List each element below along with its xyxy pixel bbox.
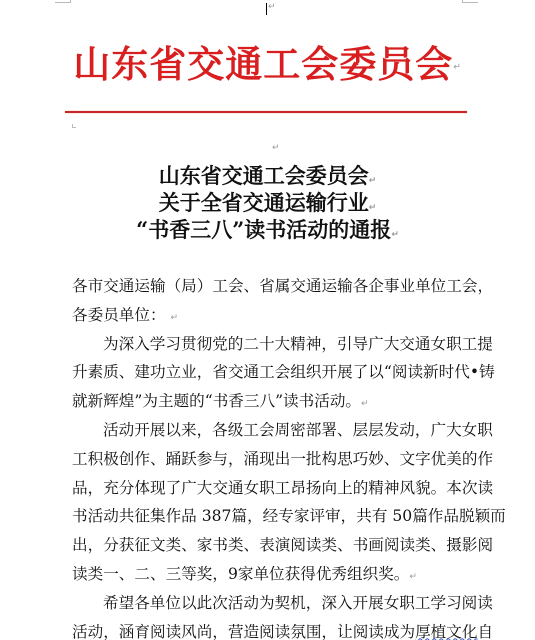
margin-mark — [72, 124, 76, 128]
document-title[interactable]: 山东省交通工会委员会↵ 关于全省交通运输行业↵ “书香三八”读书活动的通报↵ — [0, 162, 535, 243]
masthead-text: 山东省交通工会委员会 — [73, 42, 453, 86]
title-line: 关于全省交通运输行业↵ — [0, 189, 535, 216]
document-body[interactable]: 各市交通运输（局）工会、省属交通运输各企事业单位工会， 各委员单位： ↵ 为深入… — [72, 272, 467, 640]
document-page: ↵ 山东省交通工会委员会↵ ↵ 山东省交通工会委员会↵ 关于全省交通运输行业↵ … — [0, 0, 535, 640]
paragraph-mark-icon: ↵ — [453, 63, 462, 73]
paragraph-2: 活动开展以来，各级工会周密部署、层层发动，广大女职 工积极创作、踊跃参与，涌现出… — [72, 416, 467, 589]
masthead[interactable]: 山东省交通工会委员会↵ — [0, 40, 535, 92]
salutation: 各市交通运输（局）工会、省属交通运输各企事业单位工会， 各委员单位： ↵ — [72, 272, 467, 330]
paragraph-mark-icon: ↵ — [272, 143, 280, 153]
crop-mark-top-left — [55, 0, 71, 3]
red-header-rule — [65, 111, 467, 113]
paragraph-mark-icon: ↵ — [268, 2, 276, 12]
spellcheck-underline[interactable]: 厚植文化 — [415, 623, 477, 640]
title-line: 山东省交通工会委员会↵ — [0, 162, 535, 189]
title-line: “书香三八”读书活动的通报↵ — [0, 216, 535, 243]
paragraph-3: 希望各单位以此次活动为契机，深入开展女职工学习阅读 活动，涵育阅读风尚，营造阅读… — [72, 589, 467, 640]
text-cursor — [266, 3, 267, 15]
crop-mark-top-right — [462, 0, 478, 3]
paragraph-1: 为深入学习贯彻党的二十大精神，引导广大交通女职工提 升素质、建功立业，省交通工会… — [72, 330, 467, 416]
